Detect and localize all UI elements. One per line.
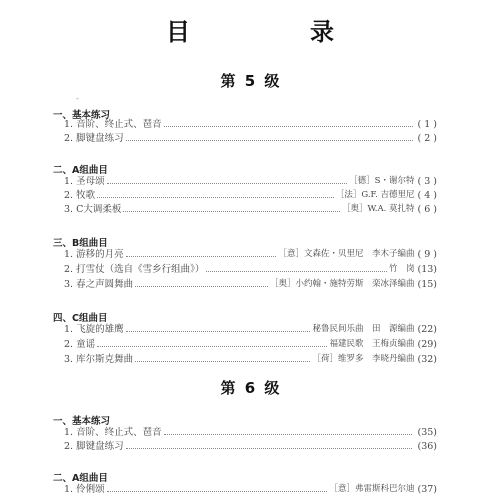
section-title: 四、C组曲目: [53, 310, 107, 324]
leader-dots: [123, 211, 340, 212]
entry-page: ( 9 ): [418, 248, 438, 261]
entry-credit: ［意］弗雷斯科巴尔迪: [329, 483, 414, 496]
entry-credit: 福建民歌 王梅贞编曲: [329, 338, 414, 351]
entry-credit: 竹 岗: [389, 263, 415, 276]
toc-entry[interactable]: 3. 春之声圆舞曲 ［奥］小约翰・施特劳斯 栾冰泽编曲 (15): [64, 278, 437, 291]
leader-dots: [206, 271, 387, 272]
toc-entry[interactable]: 2. 童谣 福建民歌 王梅贞编曲 (29): [64, 338, 437, 351]
leader-dots: [126, 331, 311, 332]
entry-name: 2. 牧歌: [64, 189, 95, 202]
entry-name: 1. 音阶、终止式、琶音: [64, 426, 162, 439]
section-title: 三、B组曲目: [53, 235, 108, 249]
stray-mark: -: [76, 94, 79, 103]
toc-entry[interactable]: 1. 游移的月亮 ［意］文森佐・贝里尼 李木子编曲 ( 9 ): [64, 248, 437, 261]
toc-entry[interactable]: 1. 圣母颂 ［德］S・谢尔特 ( 3 ): [64, 175, 437, 188]
entry-name: 3. 春之声圆舞曲: [64, 278, 133, 291]
entry-credit: ［奥］W.A. 莫扎特: [342, 203, 415, 216]
toc-entry[interactable]: 3. 库尔斯克舞曲 ［荷］维罗多 李晓丹编曲 (32): [64, 353, 437, 366]
level-title: 第 6 级: [0, 377, 500, 398]
toc-entry[interactable]: 2. 脚键盘练习 (36): [64, 440, 437, 453]
entry-page: (22): [417, 323, 437, 336]
entry-page: (36): [417, 440, 437, 453]
toc-entry[interactable]: 1. 伶俐颂 ［意］弗雷斯科巴尔迪 (37): [64, 483, 437, 496]
leader-dots: [164, 434, 413, 435]
entry-name: 2. 打雪仗（选自《雪乡行组曲》）: [64, 263, 204, 276]
leader-dots: [126, 448, 413, 449]
leader-dots: [126, 256, 277, 257]
toc-entry[interactable]: 1. 音阶、终止式、琶音 ( 1 ): [64, 118, 437, 131]
toc-entry[interactable]: 2. 打雪仗（选自《雪乡行组曲》） 竹 岗 (13): [64, 263, 437, 276]
entry-credit: ［意］文森佐・贝里尼 李木子编曲: [278, 248, 414, 261]
entry-page: (29): [417, 338, 437, 351]
toc-entry[interactable]: 1. 飞旋的雄鹰 秘鲁民间乐曲 田 源编曲 (22): [64, 323, 437, 336]
entry-page: (35): [417, 426, 437, 439]
leader-dots: [126, 140, 413, 141]
section-title: 二、A组曲目: [53, 470, 108, 484]
entry-credit: ［法］G.F. 吉德里尼: [336, 189, 415, 202]
entry-credit: ［奥］小约翰・施特劳斯 栾冰泽编曲: [270, 278, 415, 291]
toc-entry[interactable]: 3. C大调柔板 ［奥］W.A. 莫扎特 ( 6 ): [64, 203, 437, 216]
leader-dots: [97, 197, 334, 198]
entry-name: 3. 库尔斯克舞曲: [64, 353, 133, 366]
entry-page: (37): [417, 483, 437, 496]
entry-name: 1. 飞旋的雄鹰: [64, 323, 124, 336]
entry-page: ( 1 ): [418, 118, 438, 131]
entry-page: (32): [417, 353, 437, 366]
level-title: 第 5 级: [0, 70, 500, 91]
entry-name: 3. C大调柔板: [64, 203, 121, 216]
entry-name: 2. 脚键盘练习: [64, 440, 124, 453]
entry-name: 1. 伶俐颂: [64, 483, 105, 496]
toc-entry[interactable]: 2. 脚键盘练习 ( 2 ): [64, 132, 437, 145]
page-title: 目 录: [0, 12, 500, 47]
entry-name: 2. 脚键盘练习: [64, 132, 124, 145]
leader-dots: [97, 346, 327, 347]
entry-page: ( 3 ): [418, 175, 438, 188]
entry-credit: ［荷］维罗多 李晓丹编曲: [312, 353, 414, 366]
entry-name: 1. 游移的月亮: [64, 248, 124, 261]
leader-dots: [107, 491, 328, 492]
leader-dots: [107, 183, 348, 184]
toc-entry[interactable]: 2. 牧歌 ［法］G.F. 吉德里尼 ( 4 ): [64, 189, 437, 202]
entry-name: 2. 童谣: [64, 338, 95, 351]
entry-page: ( 4 ): [418, 189, 438, 202]
leader-dots: [135, 361, 310, 362]
entry-page: (15): [417, 278, 437, 291]
leader-dots: [135, 286, 268, 287]
entry-page: ( 2 ): [418, 132, 438, 145]
entry-name: 1. 圣母颂: [64, 175, 105, 188]
toc-entry[interactable]: 1. 音阶、终止式、琶音 (35): [64, 426, 437, 439]
leader-dots: [164, 126, 413, 127]
entry-page: (13): [417, 263, 437, 276]
entry-credit: ［德］S・谢尔特: [349, 175, 414, 188]
entry-name: 1. 音阶、终止式、琶音: [64, 118, 162, 131]
section-title: 一、基本练习: [53, 413, 110, 427]
entry-credit: 秘鲁民间乐曲 田 源编曲: [312, 323, 414, 336]
entry-page: ( 6 ): [418, 203, 438, 216]
section-title: 二、A组曲目: [53, 162, 108, 176]
